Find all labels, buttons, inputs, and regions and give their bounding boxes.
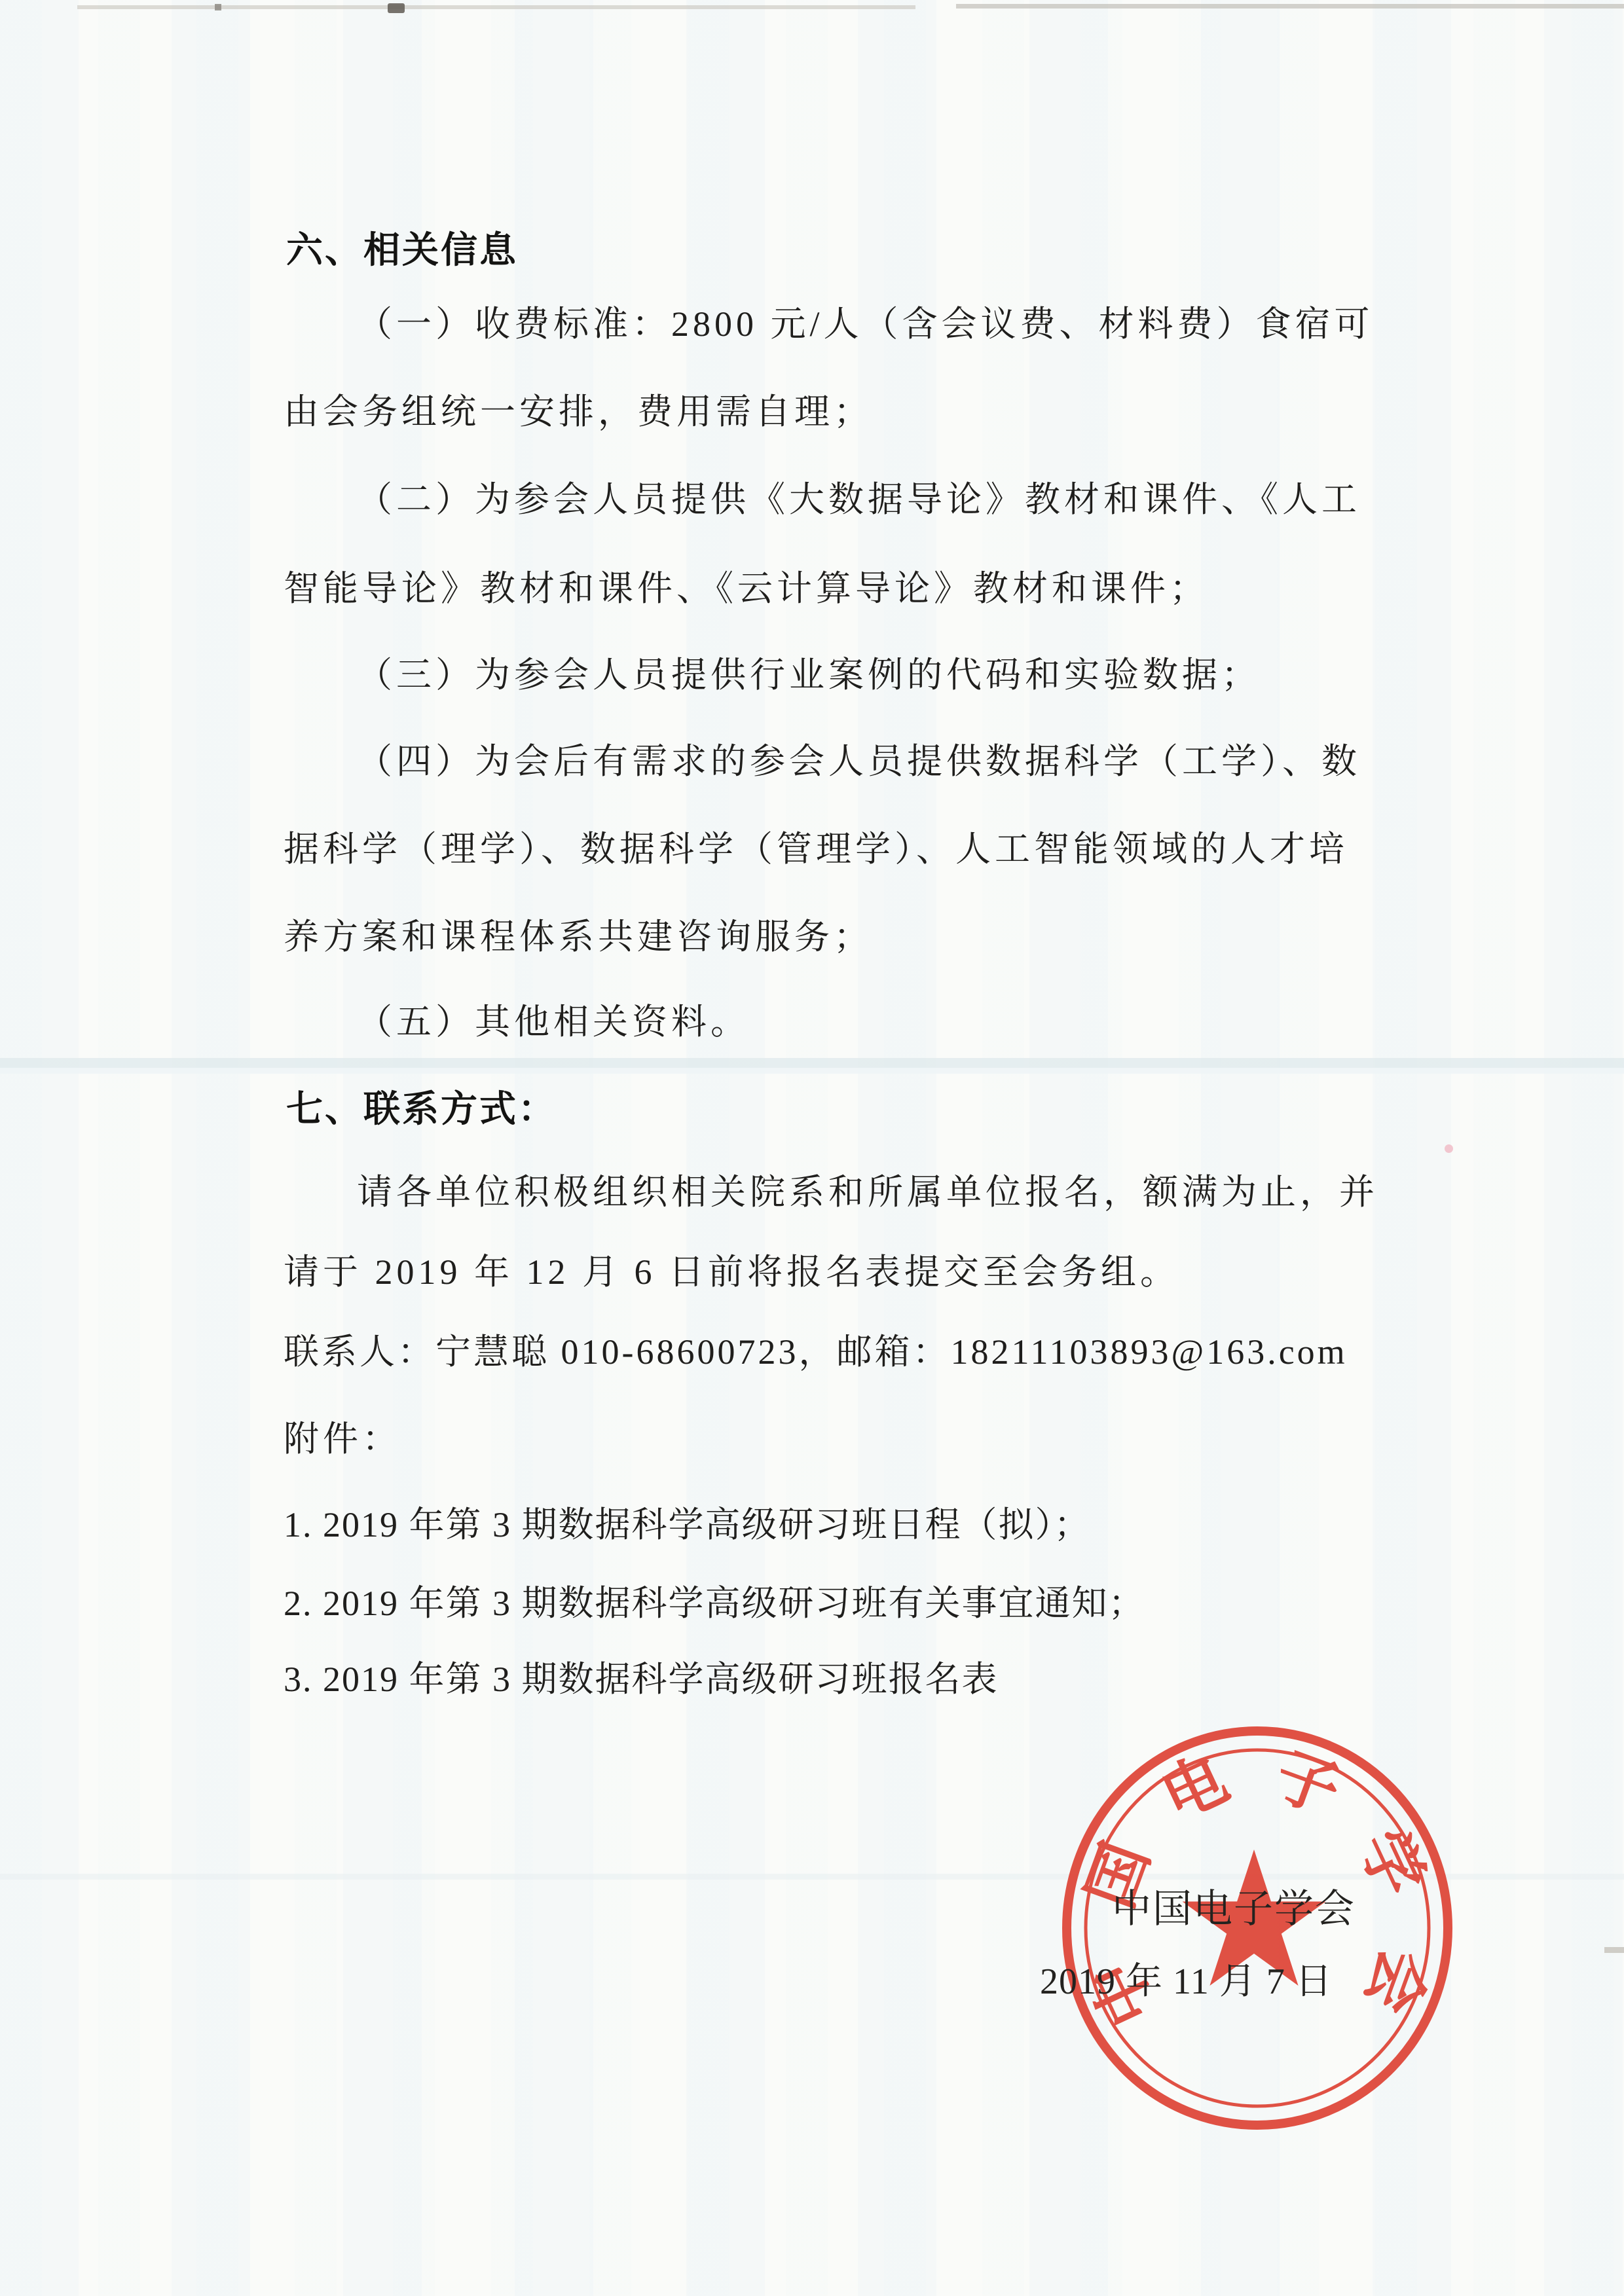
attachment-item: 1. 2019 年第 3 期数据科学高级研习班日程（拟）； (284, 1497, 1091, 1547)
seal-ring-character: 学 (1346, 1819, 1437, 1906)
notice-line: （一）收费标准：2800 元/人（含会议费、材料费）食宿可 (357, 296, 1374, 346)
notice-line: （三）为参会人员提供行业案例的代码和实验数据； (357, 647, 1261, 697)
notice-line: （四）为会后有需求的参会人员提供数据科学（工学）、数 (357, 733, 1361, 784)
seal-ring-character: 会 (1352, 1939, 1439, 2022)
scan-artifact-blob (388, 3, 405, 13)
notice-line: 请于 2019 年 12 月 6 日前将报名表提交至会务组。 (284, 1244, 1179, 1294)
issuing-organization: 中国电子学会 (1112, 1878, 1356, 1934)
contact-line: 联系人：宁慧聪 010-68600723，邮箱：18211103893@163.… (284, 1324, 1348, 1374)
section-seven-heading: 七、联系方式： (286, 1080, 557, 1133)
scan-artifact-band (0, 1058, 1624, 1068)
section-six-heading: 六、相关信息 (286, 221, 518, 274)
notice-line: （五）其他相关资料。 (357, 994, 750, 1044)
seal-ring-character: 子 (1266, 1740, 1349, 1827)
attachment-item: 3. 2019 年第 3 期数据科学高级研习班报名表 (284, 1651, 999, 1702)
scan-artifact-dot (215, 4, 221, 10)
notice-line: 智能导论》教材和课件、《云计算导论》教材和课件； (284, 560, 1209, 611)
scan-artifact-speck (1445, 1144, 1453, 1153)
seal-ring-character: 电 (1151, 1743, 1238, 1834)
notice-line: 养方案和课程体系共建咨询服务； (284, 909, 873, 959)
notice-line: 据科学（理学）、数据科学（管理学）、人工智能领域的人才培 (284, 821, 1348, 871)
scanned-notice-page: 六、相关信息 （一）收费标准：2800 元/人（含会议费、材料费）食宿可 由会务… (0, 0, 1624, 2296)
scan-artifact-top-line (77, 5, 915, 9)
scan-artifact-band (0, 1068, 1624, 1074)
scan-artifact-tick (1604, 1947, 1624, 1953)
notice-line: 请各单位积极组织相关院系和所属单位报名，额满为止，并 (357, 1164, 1378, 1214)
notice-line: 由会务组统一安排，费用需自理； (284, 384, 873, 434)
issue-date: 2019 年 11 月 7 日 (1040, 1952, 1333, 2005)
scan-artifact-top-line (956, 4, 1624, 9)
notice-line: （二）为参会人员提供《大数据导论》教材和课件、《人工 (357, 471, 1361, 522)
scan-artifact-band (0, 1874, 1624, 1880)
attachment-item: 2. 2019 年第 3 期数据科学高级研习班有关事宜通知； (284, 1575, 1145, 1626)
attachments-label: 附件： (284, 1411, 401, 1461)
